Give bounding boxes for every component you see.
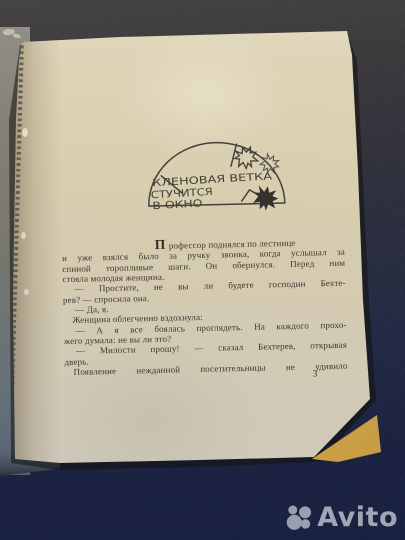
- listing-photo: КЛЕНОВАЯ ВЕТКА СТУЧИТСЯ В ОКНО Профессор…: [0, 0, 405, 540]
- page-number: 3: [313, 369, 318, 379]
- body-text: Профессор поднялся по лестнице и уже взя…: [62, 237, 348, 378]
- fanlight-spoke-top: [230, 144, 236, 166]
- avito-brand-text: Avito: [317, 504, 398, 531]
- avito-watermark: Avito: [286, 504, 398, 531]
- vignette-caption-line-3: В ОКНО: [152, 198, 203, 212]
- drop-cap: П: [155, 237, 166, 250]
- fanlight-drawing: КЛЕНОВАЯ ВЕТКА СТУЧИТСЯ В ОКНО: [144, 139, 296, 216]
- chapter-vignette: КЛЕНОВАЯ ВЕТКА СТУЧИТСЯ В ОКНО: [144, 139, 296, 216]
- maple-leaf-solid-icon: [252, 185, 279, 211]
- avito-circles-logo-icon: [286, 504, 313, 531]
